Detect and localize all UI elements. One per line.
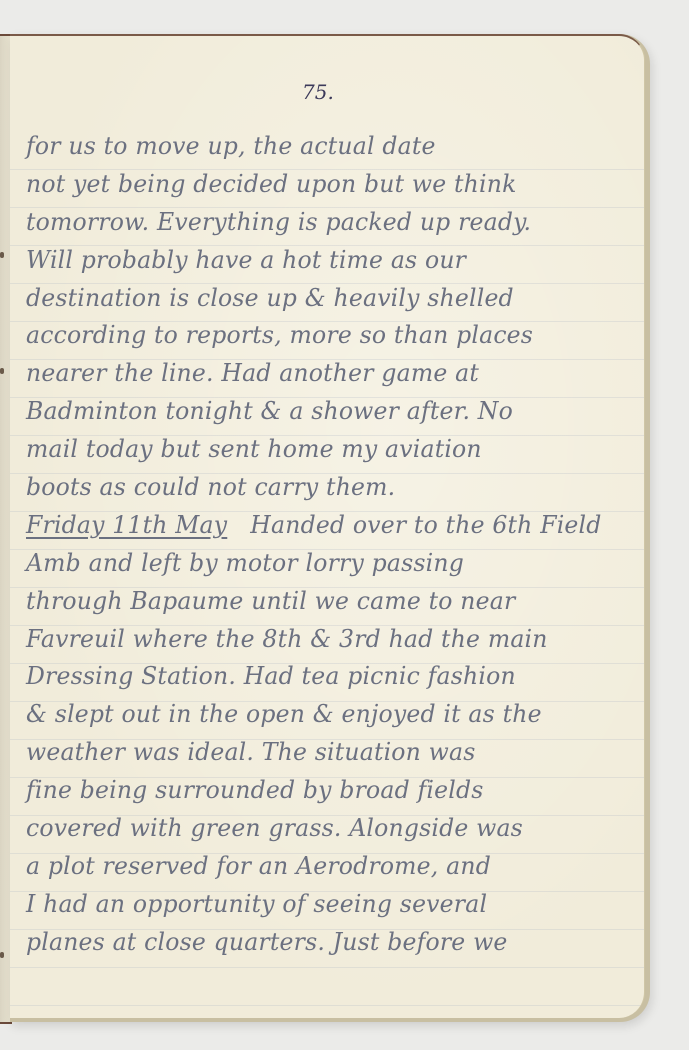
text-line: boots as could not carry them.	[26, 469, 614, 507]
text-line: destination is close up & heavily shelle…	[26, 280, 614, 318]
binding-thread-mark	[0, 952, 4, 958]
text-line: not yet being decided upon but we think	[26, 166, 614, 204]
text-line: Will probably have a hot time as our	[26, 242, 614, 280]
text-line: tomorrow. Everything is packed up ready.	[26, 204, 614, 242]
text-line: according to reports, more so than place…	[26, 317, 614, 355]
text-line: Dressing Station. Had tea picnic fashion	[26, 658, 614, 696]
text-line: nearer the line. Had another game at	[26, 355, 614, 393]
text-line: & slept out in the open & enjoyed it as …	[26, 696, 614, 734]
handwritten-text: for us to move up, the actual date not y…	[26, 128, 626, 962]
text-line: Amb and left by motor lorry passing	[26, 545, 614, 583]
notebook-page: 75. for us to move up, the actual date n…	[10, 34, 645, 1018]
text-line: Badminton tonight & a shower after. No	[26, 393, 614, 431]
text-line: fine being surrounded by broad fields	[26, 772, 614, 810]
date-heading: Friday 11th May	[26, 511, 227, 539]
binding-thread-mark	[0, 252, 4, 258]
text-line: planes at close quarters. Just before we	[26, 924, 614, 962]
page-number: 75.	[302, 80, 334, 104]
text-line: I had an opportunity of seeing several	[26, 886, 614, 924]
binding-thread-mark	[0, 368, 4, 374]
text-line: weather was ideal. The situation was	[26, 734, 614, 772]
text-line-dated: Friday 11th May Handed over to the 6th F…	[26, 507, 614, 545]
text-line: mail today but sent home my aviation	[26, 431, 614, 469]
text-line: covered with green grass. Alongside was	[26, 810, 614, 848]
text-line-continuation: Handed over to the 6th Field	[250, 511, 601, 539]
text-line: a plot reserved for an Aerodrome, and	[26, 848, 614, 886]
text-line: through Bapaume until we came to near	[26, 583, 614, 621]
text-line: Favreuil where the 8th & 3rd had the mai…	[26, 621, 614, 659]
text-line: for us to move up, the actual date	[26, 128, 614, 166]
